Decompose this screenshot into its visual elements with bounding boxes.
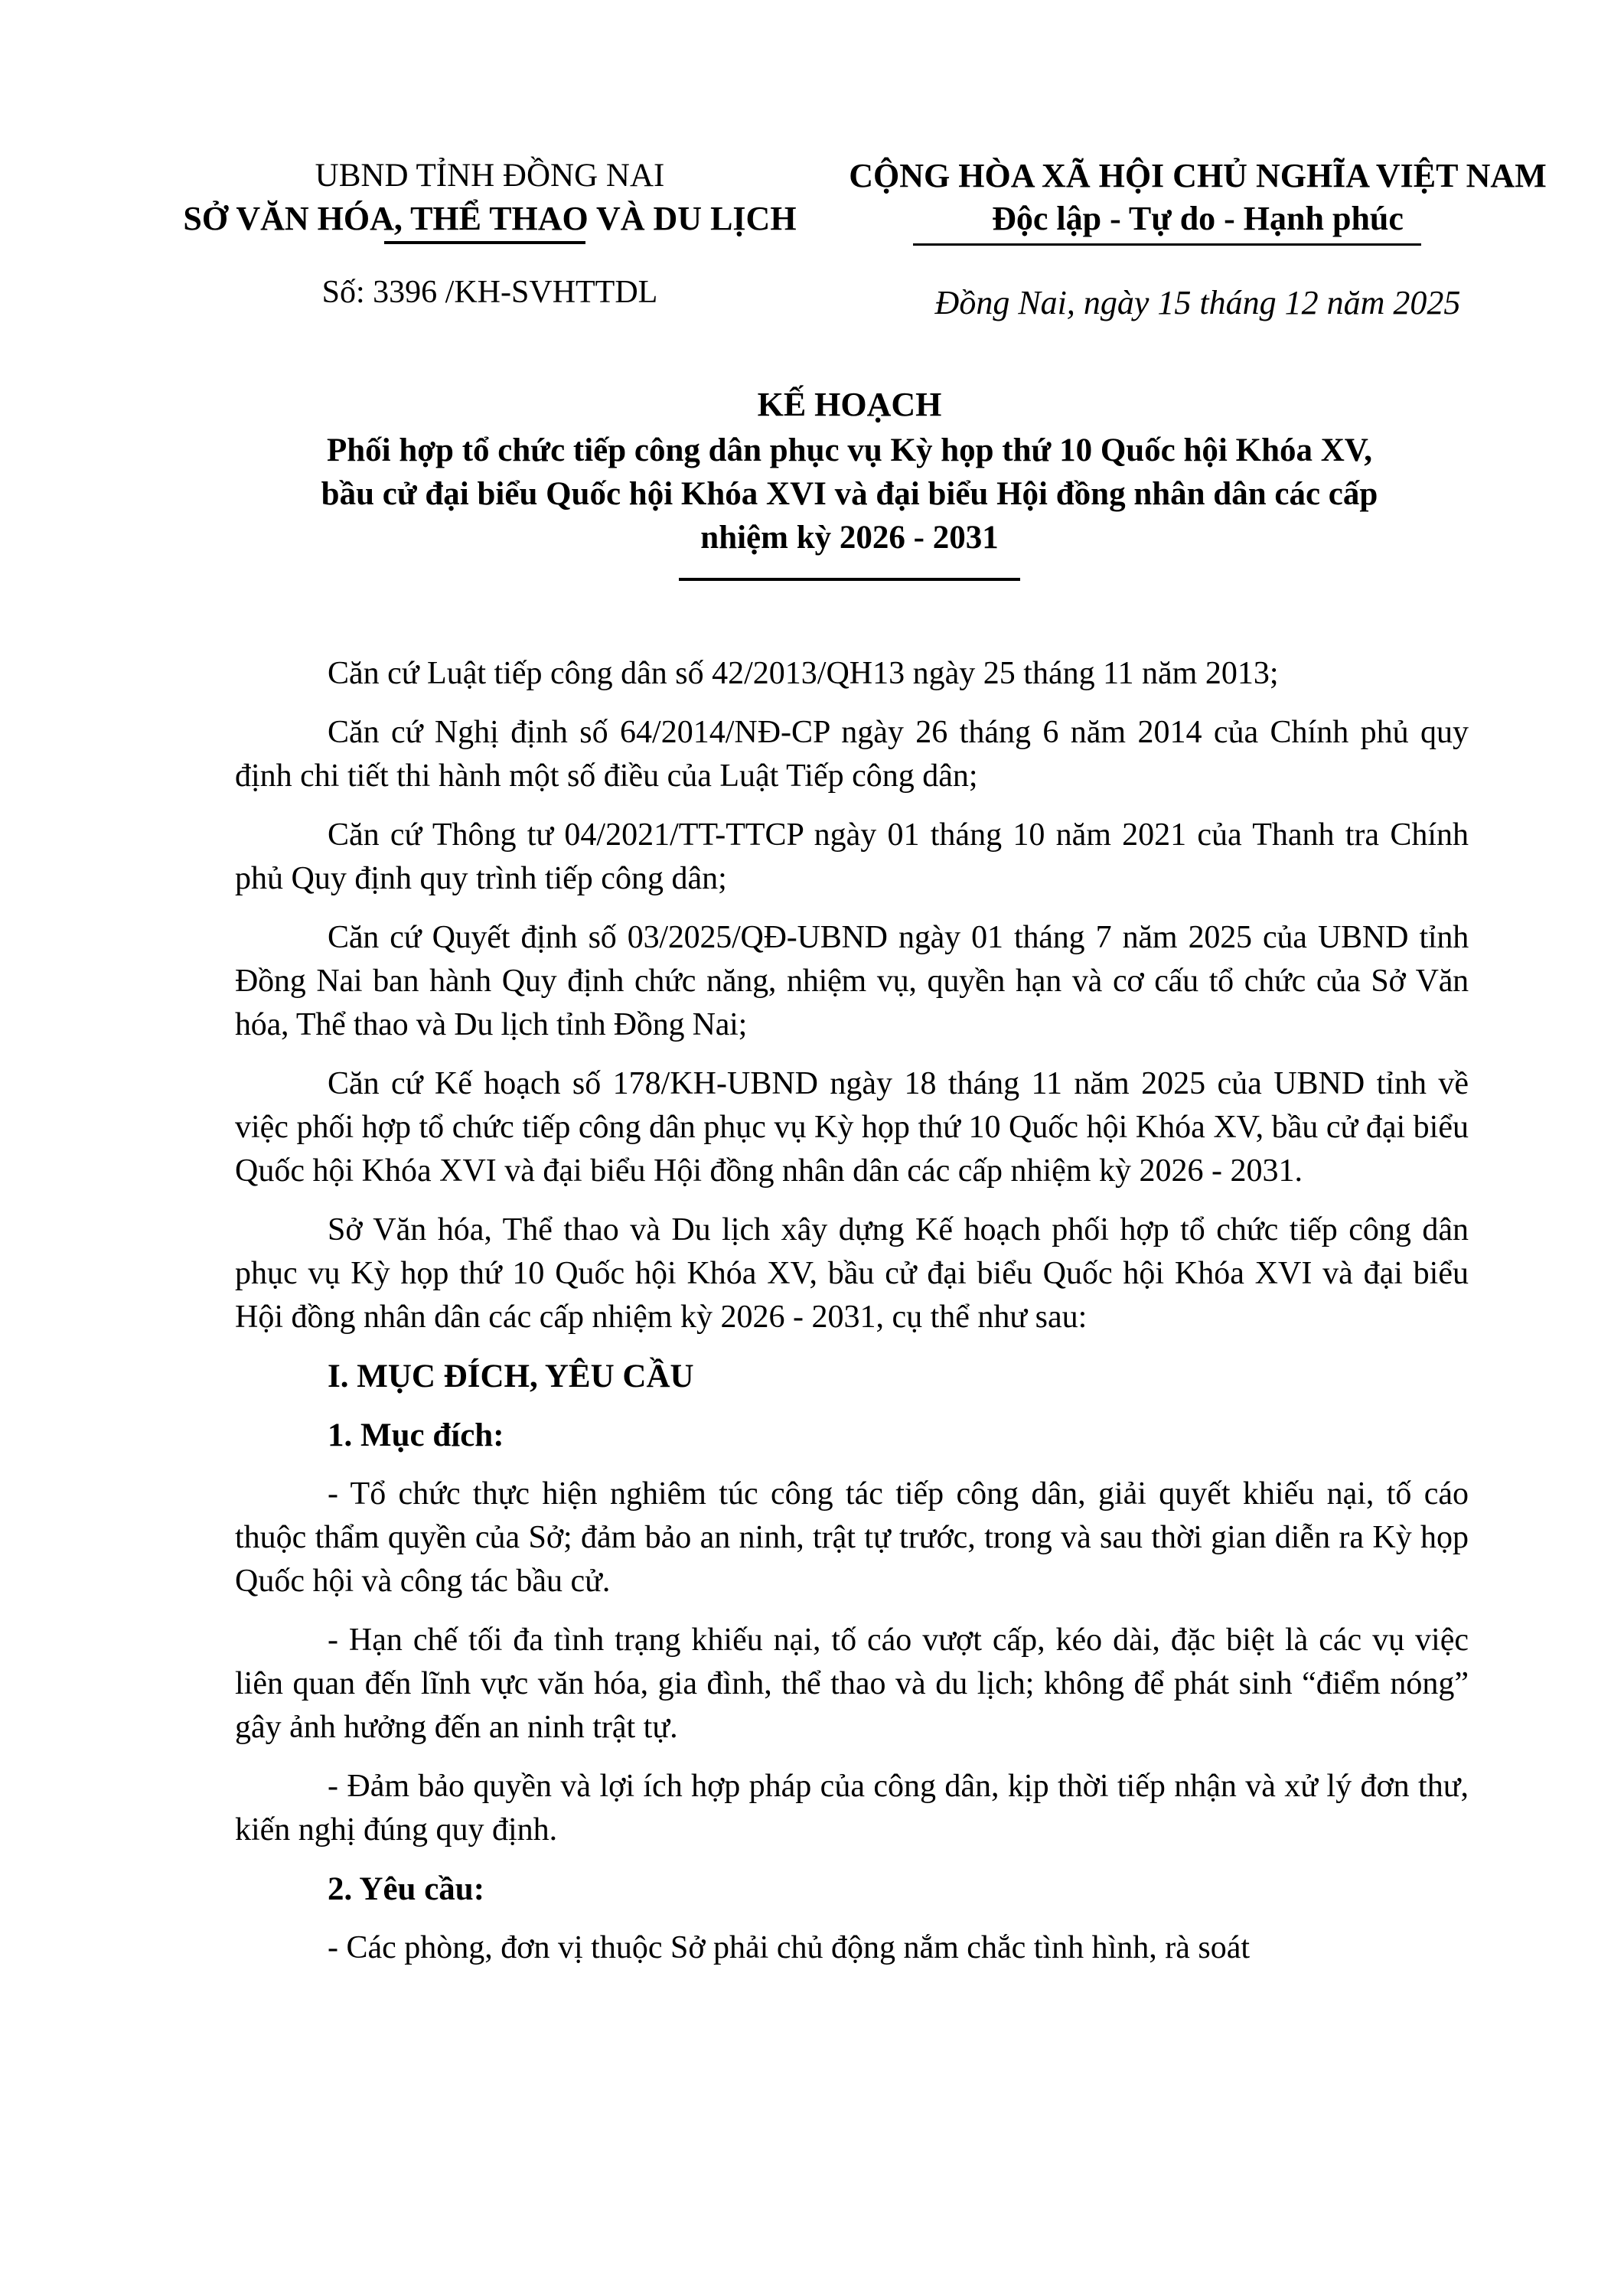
national-motto: Độc lập - Tự do - Hạnh phúc: [830, 197, 1565, 240]
document-page: UBND TỈNH ĐỒNG NAI SỞ VĂN HÓA, THỂ THAO …: [0, 0, 1624, 2296]
issuing-agency: SỞ VĂN HÓA, THỂ THAO VÀ DU LỊCH: [153, 197, 827, 240]
subsection-heading-purpose: 1. Mục đích:: [235, 1414, 1469, 1457]
title-line-2: bầu cử đại biểu Quốc hội Khóa XVI và đại…: [222, 472, 1477, 516]
intro-paragraph: Sở Văn hóa, Thể thao và Du lịch xây dựng…: [235, 1208, 1469, 1339]
title-underline: [679, 578, 1020, 581]
motto-underline: [913, 243, 1421, 246]
national-title: CỘNG HÒA XÃ HỘI CHỦ NGHĨA VIỆT NAM: [830, 155, 1565, 197]
document-type: KẾ HOẠCH: [222, 383, 1477, 427]
place-and-date: Đồng Nai, ngày 15 tháng 12 năm 2025: [830, 282, 1565, 325]
purpose-item-1: - Tổ chức thực hiện nghiêm túc công tác …: [235, 1473, 1469, 1603]
document-title-block: KẾ HOẠCH Phối hợp tổ chức tiếp công dân …: [222, 383, 1477, 559]
document-number: Số: 3396 /KH-SVHTTDL: [153, 271, 827, 314]
legal-basis-4: Căn cứ Quyết định số 03/2025/QĐ-UBND ngà…: [235, 916, 1469, 1047]
title-line-1: Phối hợp tổ chức tiếp công dân phục vụ K…: [222, 429, 1477, 472]
legal-basis-5: Căn cứ Kế hoạch số 178/KH-UBND ngày 18 t…: [235, 1062, 1469, 1193]
legal-basis-2: Căn cứ Nghị định số 64/2014/NĐ-CP ngày 2…: [235, 711, 1469, 798]
parent-authority: UBND TỈNH ĐỒNG NAI: [153, 155, 827, 197]
section-heading-purpose-requirements: I. MỤC ĐÍCH, YÊU CẦU: [235, 1355, 1469, 1398]
legal-basis-1: Căn cứ Luật tiếp công dân số 42/2013/QH1…: [235, 652, 1469, 696]
legal-basis-3: Căn cứ Thông tư 04/2021/TT-TTCP ngày 01 …: [235, 814, 1469, 901]
agency-underline: [384, 241, 585, 244]
issuing-authority-block: UBND TỈNH ĐỒNG NAI SỞ VĂN HÓA, THỂ THAO …: [153, 155, 827, 240]
document-body: Căn cứ Luật tiếp công dân số 42/2013/QH1…: [235, 652, 1469, 1985]
national-title-block: CỘNG HÒA XÃ HỘI CHỦ NGHĨA VIỆT NAM Độc l…: [830, 155, 1565, 240]
purpose-item-3: - Đảm bảo quyền và lợi ích hợp pháp của …: [235, 1765, 1469, 1852]
title-line-3: nhiệm kỳ 2026 - 2031: [222, 516, 1477, 559]
requirement-item-1: - Các phòng, đơn vị thuộc Sở phải chủ độ…: [235, 1926, 1469, 1970]
subsection-heading-requirements: 2. Yêu cầu:: [235, 1867, 1469, 1911]
purpose-item-2: - Hạn chế tối đa tình trạng khiếu nại, t…: [235, 1619, 1469, 1750]
